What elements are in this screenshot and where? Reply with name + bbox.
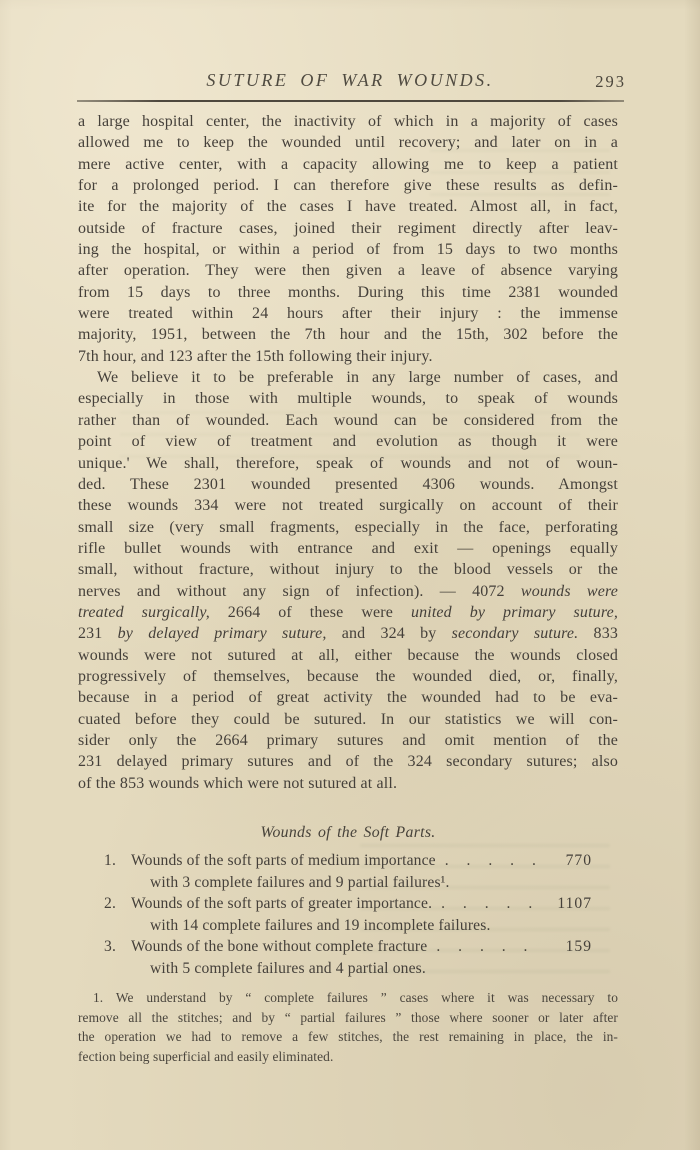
text-line: nerves and without any sign of infection…	[78, 581, 618, 602]
text-run: for a prolonged period. I can therefore …	[78, 177, 618, 194]
text-run: ded. These 2301 wounded presented 4306 w…	[78, 476, 618, 493]
text-run: remove all the stitches; and by “ partia…	[78, 1010, 618, 1025]
running-header-title: SUTURE OF WAR WOUNDS.	[80, 70, 620, 91]
text-line: fection being superficial and easily eli…	[78, 1047, 618, 1067]
list-item-value: 770	[536, 850, 592, 872]
list-item: 3.Wounds of the bone without complete fr…	[78, 936, 618, 958]
list-item-number: 3.	[104, 936, 131, 958]
list-item: 1.Wounds of the soft parts of medium imp…	[78, 850, 618, 872]
text-run: 2664 of these were	[210, 604, 411, 621]
text-run: outside of fracture cases, joined their …	[78, 220, 618, 237]
text-run: wounds were not sutured at all, either b…	[78, 647, 618, 664]
text-run: 231 delayed primary sutures and of the 3…	[78, 753, 618, 770]
text-run: nerves and without any sign of infection…	[78, 583, 521, 600]
text-line: treated surgically, 2664 of these were u…	[78, 602, 618, 623]
text-run: unique.' We shall, therefore, speak of w…	[78, 455, 618, 472]
text-line: after operation. They were then given a …	[78, 260, 618, 281]
text-line: 231 by delayed primary suture, and 324 b…	[78, 623, 618, 644]
text-run: because in a period of great activity th…	[78, 689, 618, 706]
list-item-value: 1107	[536, 893, 592, 915]
text-line: progressively of themselves, because the…	[78, 666, 618, 687]
text-run: 231	[78, 625, 118, 642]
italic-text-run: treated surgically,	[78, 604, 210, 621]
dot-leader: . . . . . .	[436, 936, 536, 958]
list-item-number: 2.	[104, 893, 131, 915]
paragraph-1: a large hospital center, the inactivity …	[78, 111, 618, 367]
paragraph-2: We believe it to be preferable in any la…	[78, 367, 618, 794]
text-run: sider only the 2664 primary sutures and …	[78, 732, 618, 749]
text-line: ing the hospital, or within a period of …	[78, 239, 618, 260]
text-line: ded. These 2301 wounded presented 4306 w…	[78, 474, 618, 495]
dot-leader: . . . . .	[441, 893, 536, 915]
list-item-subtext: with 14 complete failures and 19 incompl…	[78, 915, 618, 937]
text-line: small size (very small fragments, especi…	[78, 517, 618, 538]
soft-parts-list: 1.Wounds of the soft parts of medium imp…	[78, 850, 618, 979]
text-run: after operation. They were then given a …	[78, 262, 618, 279]
text-run: rifle bullet wounds with entrance and ex…	[78, 540, 618, 557]
list-item-text: Wounds of the bone without complete frac…	[131, 936, 427, 958]
text-run: the operation we had to remove a few sti…	[78, 1029, 618, 1044]
text-line: because in a period of great activity th…	[78, 687, 618, 708]
text-run: a large hospital center, the inactivity …	[78, 113, 618, 130]
text-line: these wounds 334 were not treated surgic…	[78, 495, 618, 516]
text-run: these wounds 334 were not treated surgic…	[78, 497, 618, 514]
text-run: ite for the majority of the cases I have…	[78, 198, 618, 215]
text-run: fection being superficial and easily eli…	[78, 1049, 333, 1064]
text-line: especially in those with multiple wounds…	[78, 388, 618, 409]
text-run: especially in those with multiple wounds…	[78, 390, 618, 407]
text-line: wounds were not sutured at all, either b…	[78, 645, 618, 666]
list-item-subtext: with 5 complete failures and 4 partial o…	[78, 958, 618, 980]
text-line: 7th hour, and 123 after the 15th followi…	[78, 346, 618, 367]
list-item-number: 1.	[104, 850, 131, 872]
list-item: 2.Wounds of the soft parts of greater im…	[78, 893, 618, 915]
text-line: a large hospital center, the inactivity …	[78, 111, 618, 132]
text-line: for a prolonged period. I can therefore …	[78, 175, 618, 196]
page-number: 293	[595, 72, 626, 92]
text-run: from 15 days to three months. During thi…	[78, 284, 618, 301]
text-line: of the 853 wounds which were not sutured…	[78, 773, 618, 794]
text-line: from 15 days to three months. During thi…	[78, 282, 618, 303]
text-line: ite for the majority of the cases I have…	[78, 196, 618, 217]
list-item-subtext: with 3 complete failures and 9 partial f…	[78, 872, 618, 894]
italic-text-run: by delayed primary suture,	[118, 625, 327, 642]
text-line: point of view of treatment and evolution…	[78, 431, 618, 452]
text-run: rather than of wounded. Each wound can b…	[78, 412, 618, 429]
text-line: mere active center, with a capacity allo…	[78, 154, 618, 175]
text-run: small, without fracture, without injury …	[78, 561, 618, 578]
text-run: 7th hour, and 123 after the 15th followi…	[78, 348, 433, 365]
text-run: cuated before they could be sutured. In …	[78, 711, 618, 728]
list-item-text: Wounds of the soft parts of greater impo…	[131, 893, 432, 915]
text-run: 833	[578, 625, 618, 642]
text-run: We believe it to be preferable in any la…	[97, 369, 618, 386]
text-line: We believe it to be preferable in any la…	[78, 367, 618, 388]
text-run: allowed me to keep the wounded until rec…	[78, 134, 618, 151]
text-run: small size (very small fragments, especi…	[78, 519, 618, 536]
text-line: rather than of wounded. Each wound can b…	[78, 410, 618, 431]
text-run: and 324 by	[327, 625, 452, 642]
text-run: were treated within 24 hours after their…	[78, 305, 618, 322]
header-rule	[77, 100, 624, 102]
text-line: cuated before they could be sutured. In …	[78, 709, 618, 730]
text-line: small, without fracture, without injury …	[78, 559, 618, 580]
text-line: rifle bullet wounds with entrance and ex…	[78, 538, 618, 559]
text-line: allowed me to keep the wounded until rec…	[78, 132, 618, 153]
list-item-value: 159	[536, 936, 592, 958]
text-line: outside of fracture cases, joined their …	[78, 218, 618, 239]
scanned-page: SUTURE OF WAR WOUNDS. 293 a large hospit…	[0, 0, 700, 1150]
text-line: remove all the stitches; and by “ partia…	[78, 1008, 618, 1028]
text-line: sider only the 2664 primary sutures and …	[78, 730, 618, 751]
footnote: 1. We understand by “ complete failures …	[78, 988, 618, 1066]
text-line: unique.' We shall, therefore, speak of w…	[78, 453, 618, 474]
text-line: 231 delayed primary sutures and of the 3…	[78, 751, 618, 772]
text-run: of the 853 wounds which were not sutured…	[78, 775, 397, 792]
text-run: majority, 1951, between the 7th hour and…	[78, 326, 618, 343]
section-heading: Wounds of the Soft Parts.	[78, 824, 618, 842]
text-run: ing the hospital, or within a period of …	[78, 241, 618, 258]
text-run: point of view of treatment and evolution…	[78, 433, 618, 450]
text-line: the operation we had to remove a few sti…	[78, 1027, 618, 1047]
text-line: 1. We understand by “ complete failures …	[78, 988, 618, 1008]
text-run: 1. We understand by “ complete failures …	[93, 990, 618, 1005]
text-line: were treated within 24 hours after their…	[78, 303, 618, 324]
text-line: majority, 1951, between the 7th hour and…	[78, 324, 618, 345]
text-run: mere active center, with a capacity allo…	[78, 156, 618, 173]
list-item-text: Wounds of the soft parts of medium impor…	[131, 850, 436, 872]
italic-text-run: united by primary suture,	[411, 604, 618, 621]
italic-text-run: wounds were	[521, 583, 618, 600]
italic-text-run: secondary suture.	[452, 625, 579, 642]
dot-leader: . . . . .	[445, 850, 536, 872]
page-body: a large hospital center, the inactivity …	[78, 111, 618, 1066]
text-run: progressively of themselves, because the…	[78, 668, 618, 685]
